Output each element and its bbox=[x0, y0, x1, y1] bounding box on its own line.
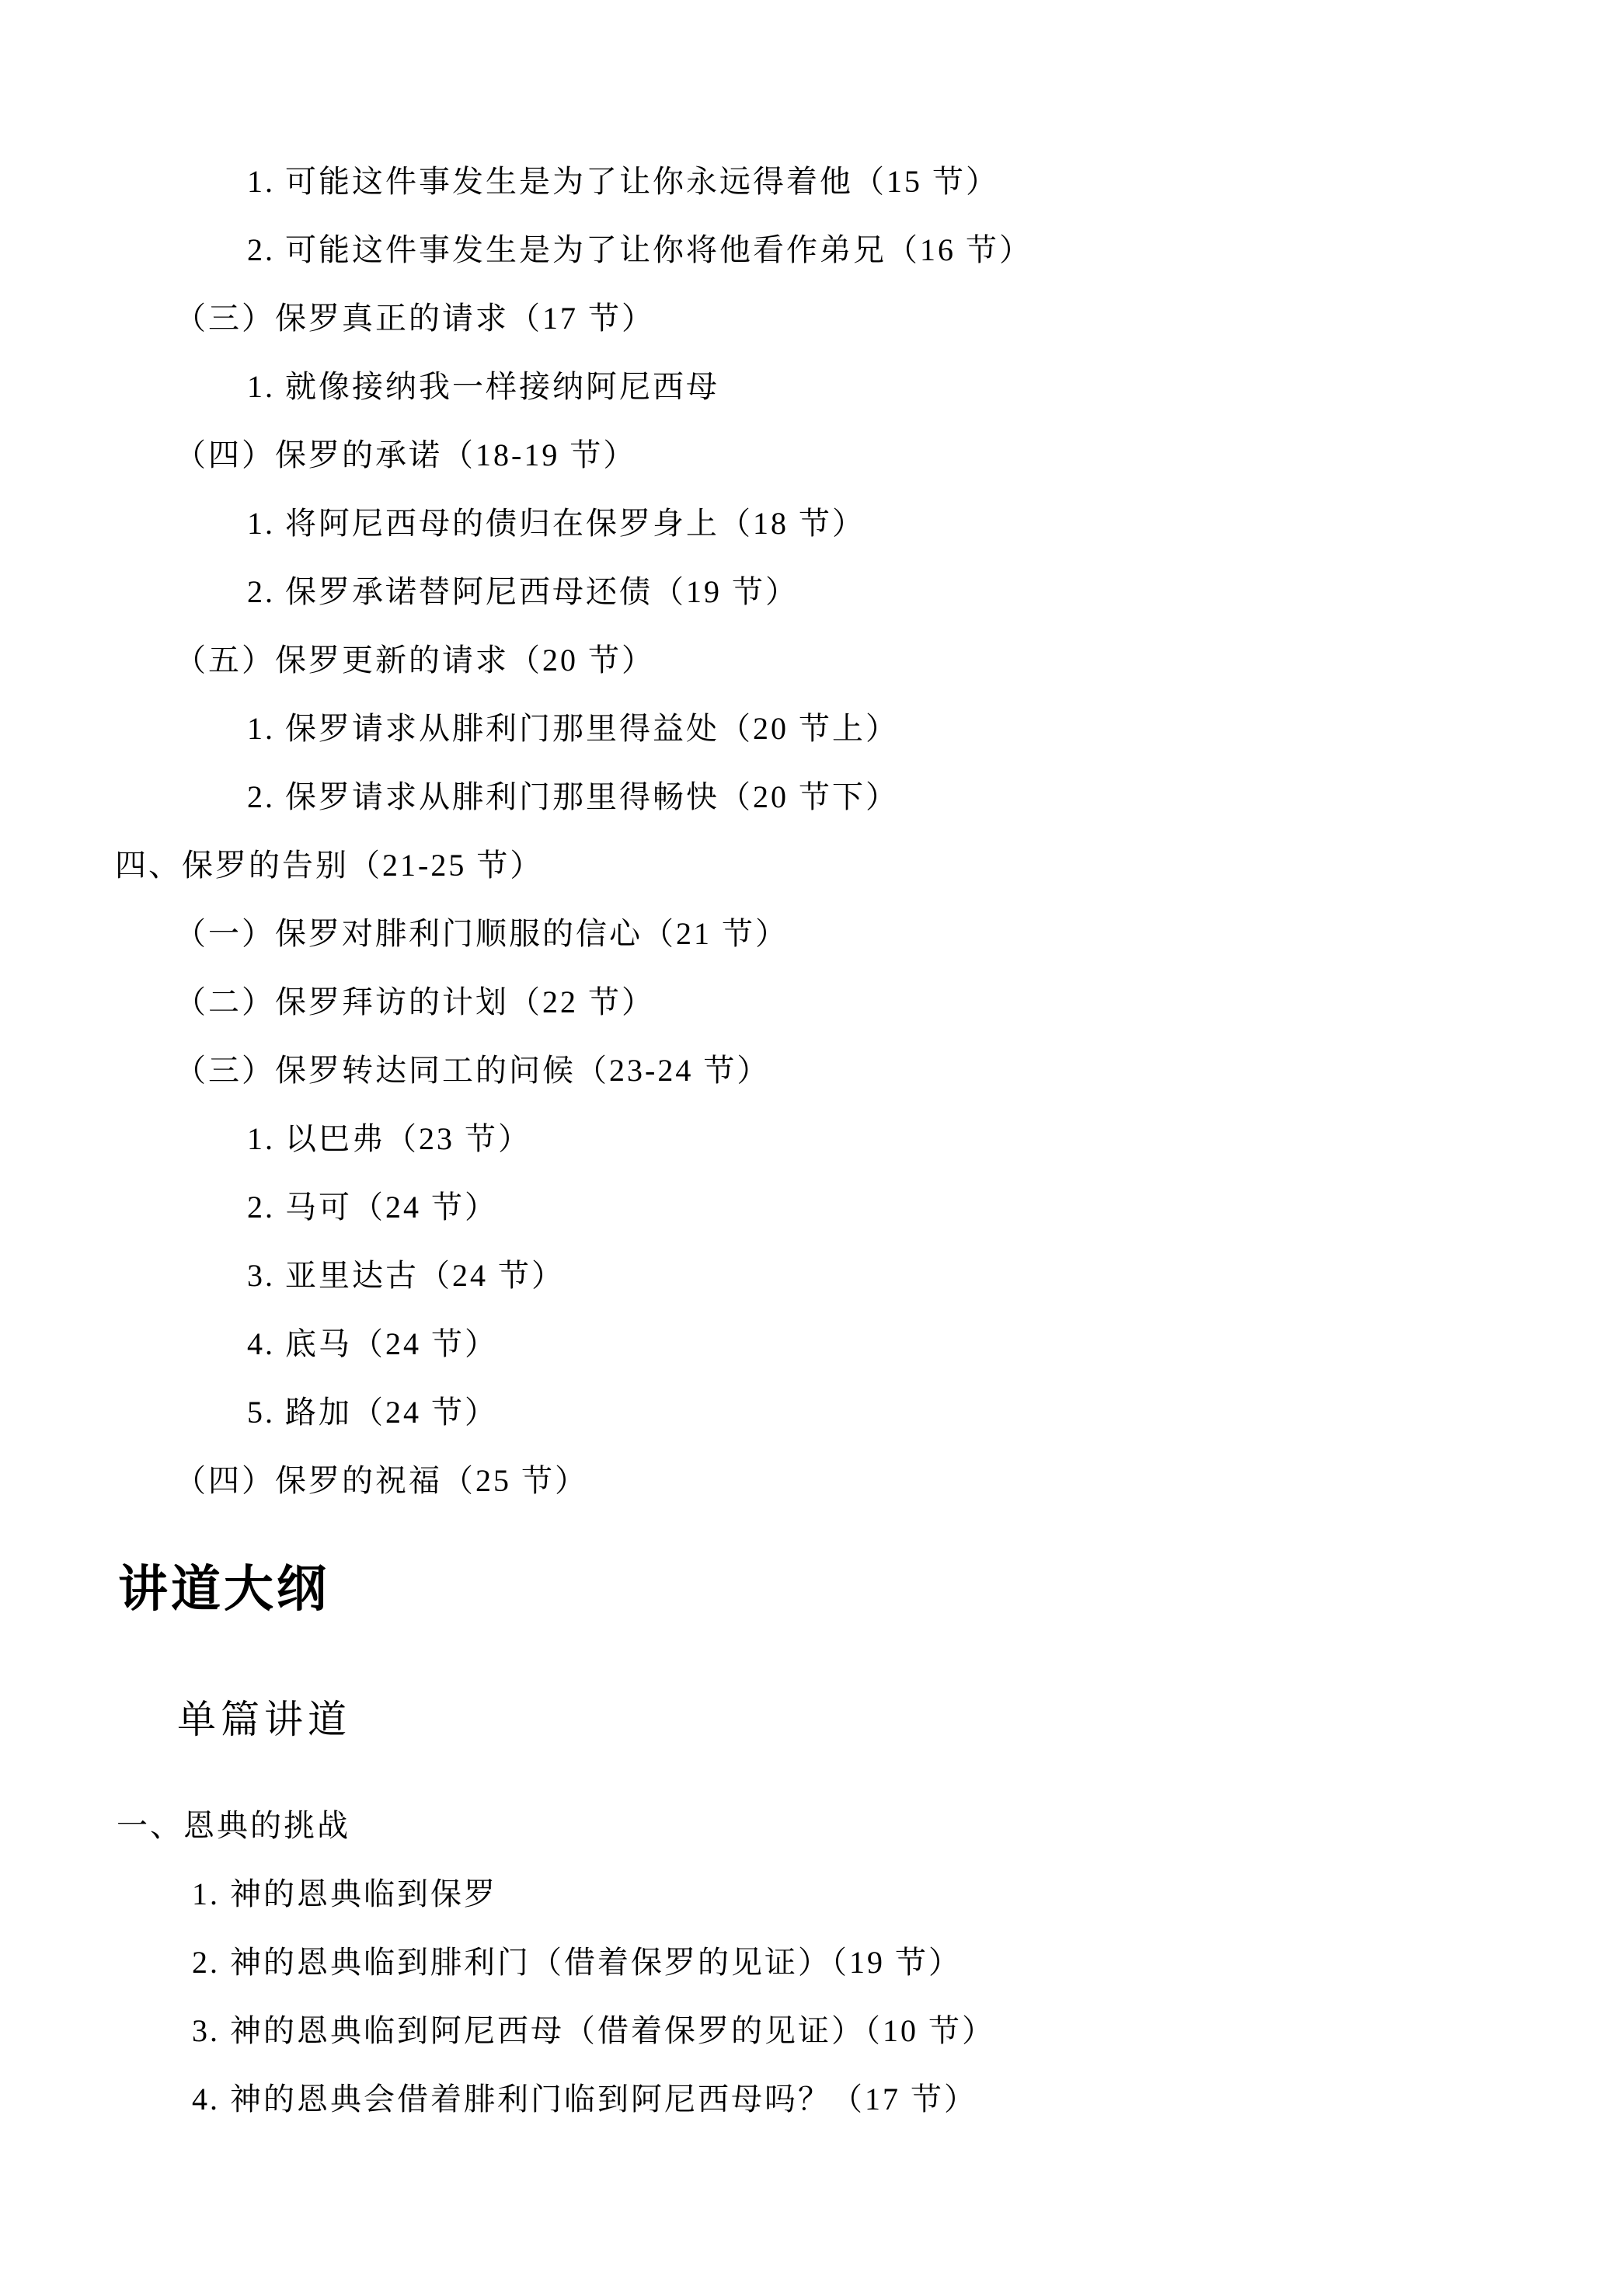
outline-line: （四）保罗的承诺（18-19 节） bbox=[175, 437, 1616, 474]
section-heading-sermon-outline: 讲道大纲 bbox=[118, 1560, 329, 1618]
outline-line: 1. 以巴弗（23 节） bbox=[247, 1120, 1616, 1158]
outline-line: （四）保罗的祝福（25 节） bbox=[175, 1462, 1616, 1500]
outline-line: 1. 保罗请求从腓利门那里得益处（20 节上） bbox=[247, 710, 1616, 747]
sermon-outline-line: 4. 神的恩典会借着腓利门临到阿尼西母吗？（17 节） bbox=[192, 2081, 1616, 2118]
outline-line: 1. 可能这件事发生是为了让你永远得着他（15 节） bbox=[247, 163, 1616, 200]
outline-line: 2. 保罗承诺替阿尼西母还债（19 节） bbox=[247, 573, 1616, 611]
sermon-outline-line: 2. 神的恩典临到腓利门（借着保罗的见证）（19 节） bbox=[192, 1944, 1616, 1981]
sermon-outline-section: 一、恩典的挑战1. 神的恩典临到保罗2. 神的恩典临到腓利门（借着保罗的见证）（… bbox=[0, 1807, 1616, 2149]
outline-line: 4. 底马（24 节） bbox=[247, 1326, 1616, 1363]
outline-line: （三）保罗真正的请求（17 节） bbox=[175, 300, 1616, 337]
outline-line: 1. 就像接纳我一样接纳阿尼西母 bbox=[247, 368, 1616, 406]
outline-line: （五）保罗更新的请求（20 节） bbox=[175, 642, 1616, 679]
outline-line: 2. 可能这件事发生是为了让你将他看作弟兄（16 节） bbox=[247, 232, 1616, 269]
outline-line: 3. 亚里达古（24 节） bbox=[247, 1257, 1616, 1294]
sermon-outline-line: 1. 神的恩典临到保罗 bbox=[192, 1876, 1616, 1913]
outline-line: 1. 将阿尼西母的债归在保罗身上（18 节） bbox=[247, 505, 1616, 542]
subsection-heading-single-sermon: 单篇讲道 bbox=[177, 1695, 351, 1744]
outline-line: 四、保罗的告别（21-25 节） bbox=[115, 847, 1616, 884]
sermon-outline-line: 一、恩典的挑战 bbox=[117, 1807, 1616, 1845]
sermon-outline-line: 3. 神的恩典临到阿尼西母（借着保罗的见证）（10 节） bbox=[192, 2012, 1616, 2050]
outline-line: 5. 路加（24 节） bbox=[247, 1394, 1616, 1431]
book-outline-section: 1. 可能这件事发生是为了让你永远得着他（15 节）2. 可能这件事发生是为了让… bbox=[0, 163, 1616, 1531]
outline-line: （一）保罗对腓利门顺服的信心（21 节） bbox=[175, 915, 1616, 953]
outline-line: （二）保罗拜访的计划（22 节） bbox=[175, 984, 1616, 1021]
outline-line: 2. 马可（24 节） bbox=[247, 1189, 1616, 1226]
document-page: 1. 可能这件事发生是为了让你永远得着他（15 节）2. 可能这件事发生是为了让… bbox=[0, 0, 1616, 2296]
outline-line: 2. 保罗请求从腓利门那里得畅快（20 节下） bbox=[247, 779, 1616, 816]
outline-line: （三）保罗转达同工的问候（23-24 节） bbox=[175, 1052, 1616, 1089]
